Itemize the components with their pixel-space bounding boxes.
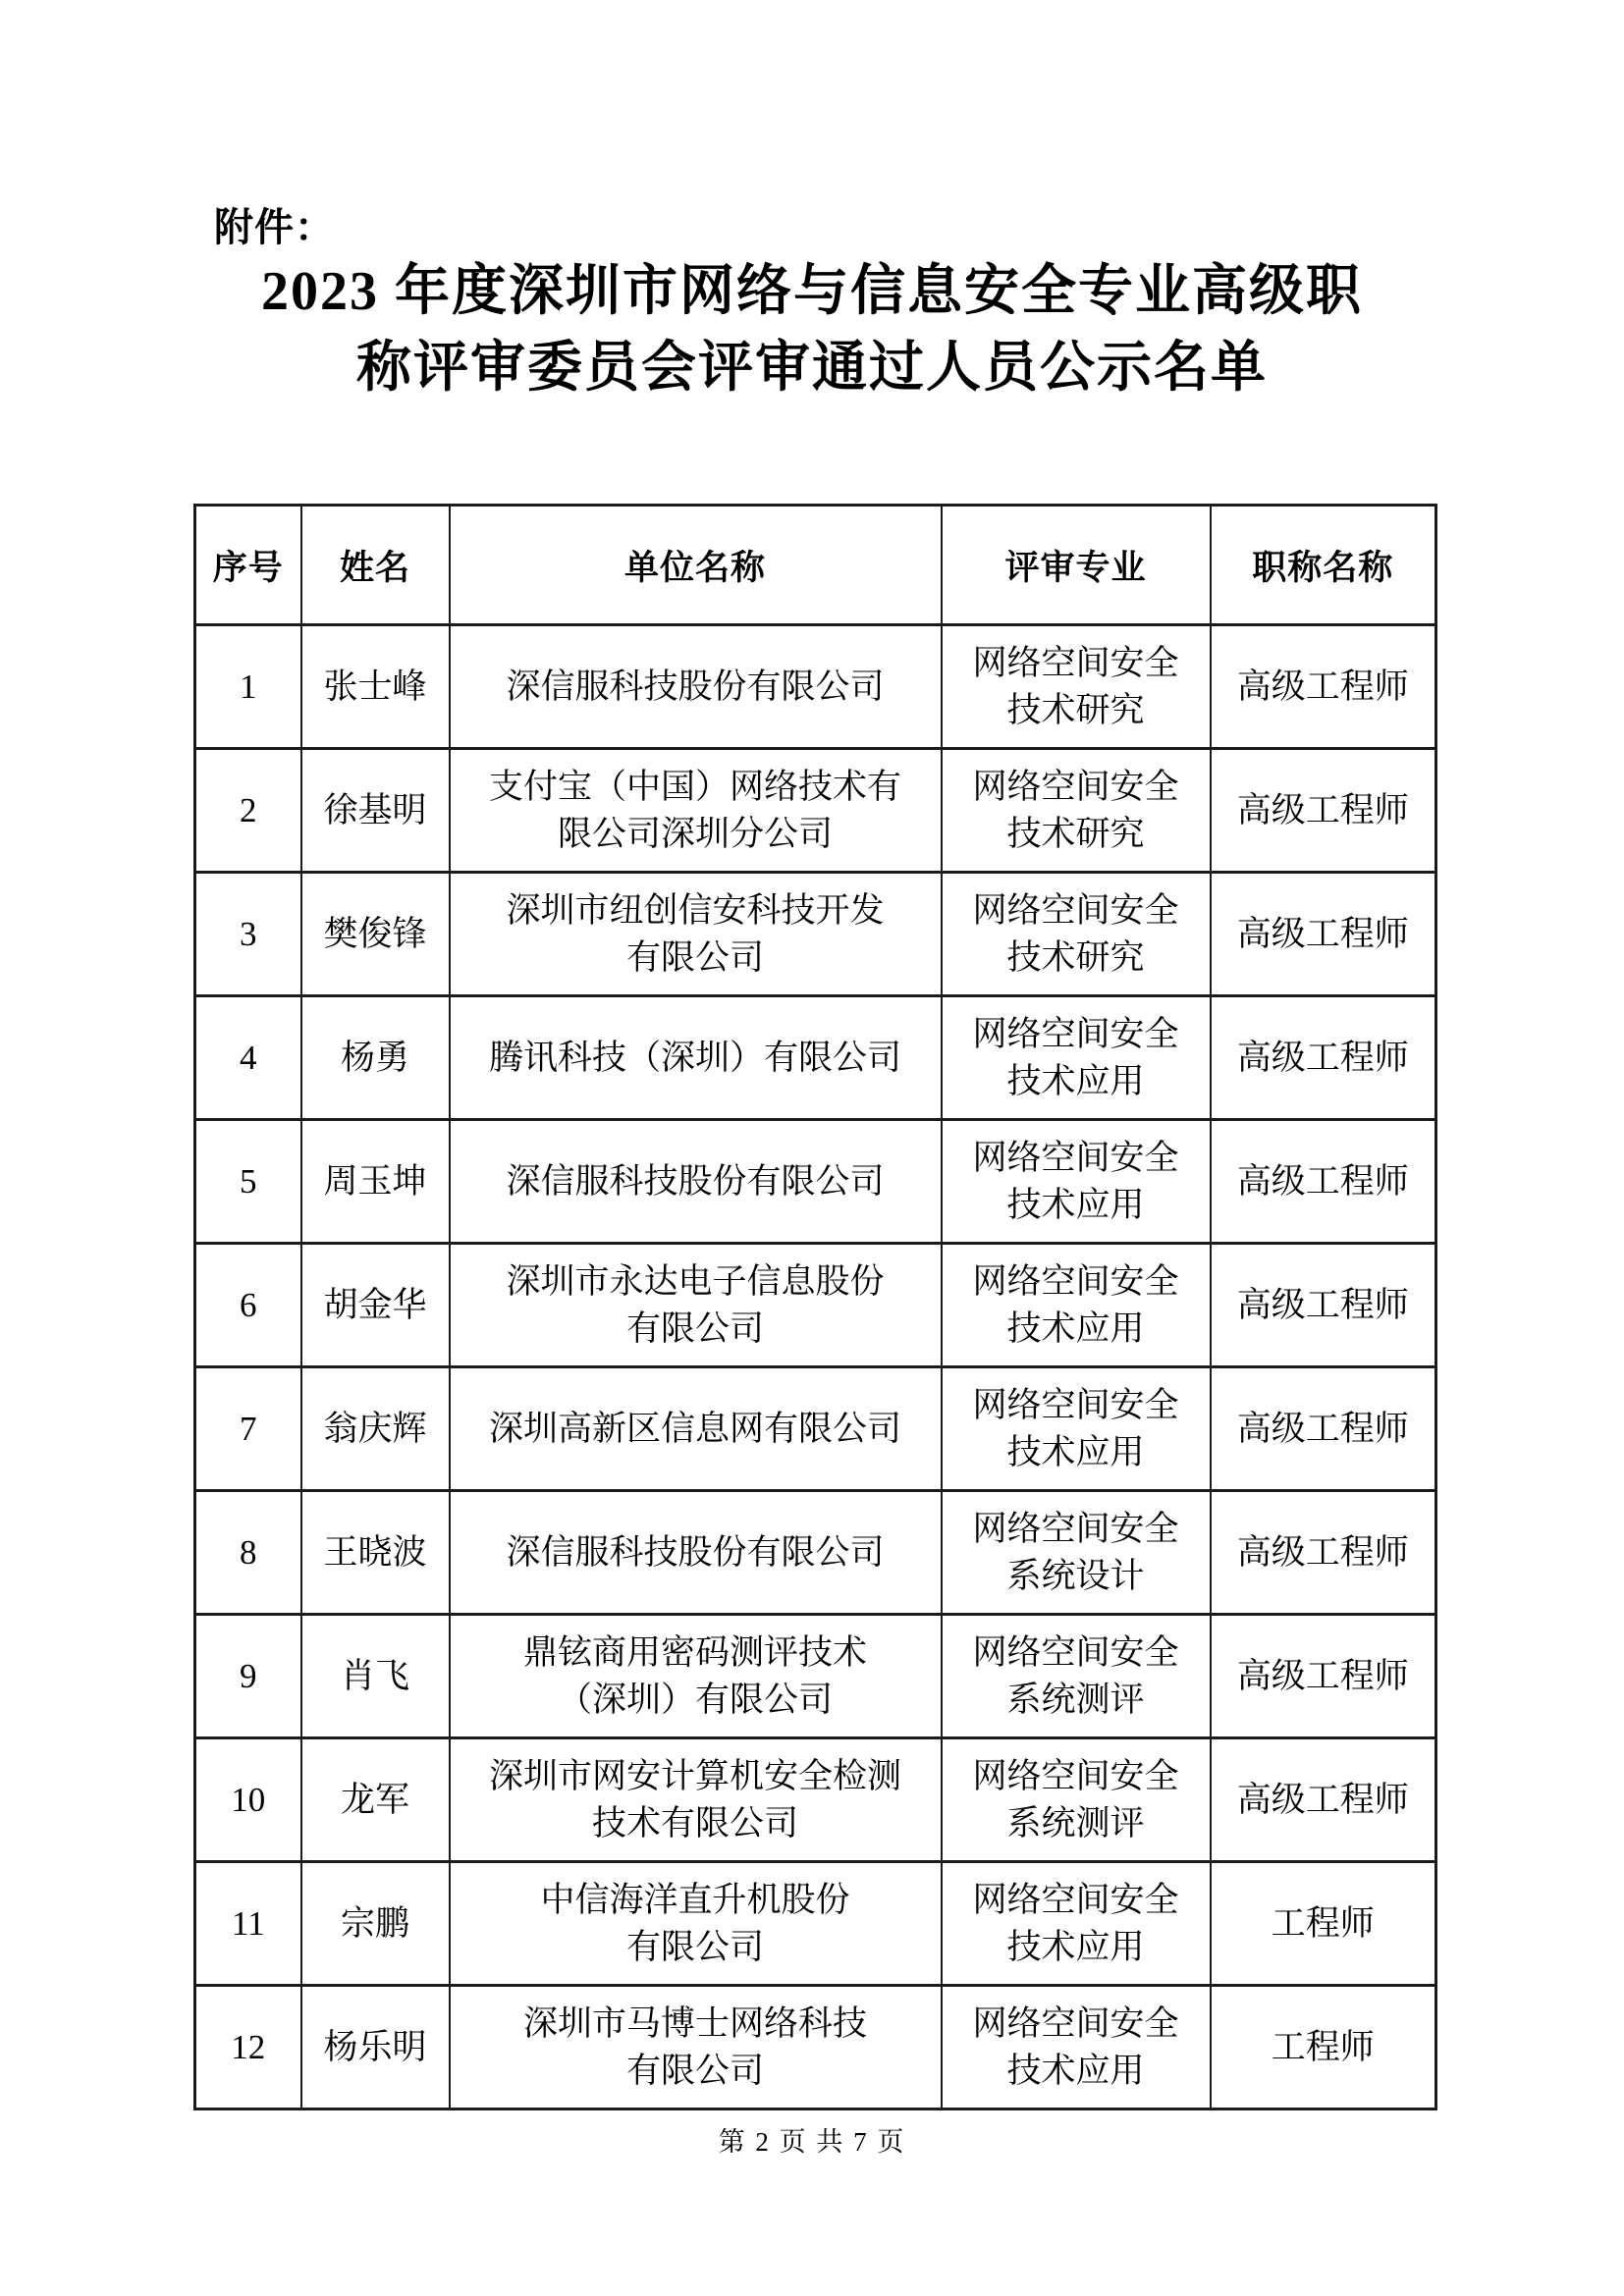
- cell-specialty: 网络空间安全技术应用: [942, 1862, 1211, 1986]
- cell-index-line: 4: [196, 1035, 300, 1082]
- cell-index-line: 1: [196, 664, 300, 711]
- table-row: 1张士峰深信服科技股份有限公司网络空间安全技术研究高级工程师: [195, 625, 1436, 749]
- cell-specialty-line: 网络空间安全: [943, 640, 1210, 687]
- cell-name-line: 王晓波: [302, 1529, 449, 1576]
- cell-org-line: 深圳市网安计算机安全检测: [451, 1753, 941, 1800]
- cell-name: 杨乐明: [301, 1986, 450, 2109]
- cell-title-line: 高级工程师: [1212, 1282, 1435, 1329]
- cell-index: 5: [195, 1120, 301, 1244]
- cell-org-line: 鼎铉商用密码测评技术: [451, 1629, 941, 1677]
- cell-title-line: 高级工程师: [1212, 787, 1435, 834]
- table-row: 11宗鹏中信海洋直升机股份有限公司网络空间安全技术应用工程师: [195, 1862, 1436, 1986]
- cell-specialty-line: 技术应用: [943, 1058, 1210, 1105]
- cell-title-line: 高级工程师: [1212, 1529, 1435, 1576]
- cell-index: 3: [195, 873, 301, 996]
- table-row: 8王晓波深信服科技股份有限公司网络空间安全系统设计高级工程师: [195, 1491, 1436, 1615]
- cell-name: 胡金华: [301, 1244, 450, 1367]
- cell-specialty-line: 系统测评: [943, 1800, 1210, 1847]
- cell-org: 深信服科技股份有限公司: [450, 625, 942, 749]
- cell-specialty-line: 技术应用: [943, 1429, 1210, 1476]
- cell-org-line: 深圳市马博士网络科技: [451, 2001, 941, 2048]
- cell-index-line: 6: [196, 1282, 300, 1329]
- page-number: 第 2 页 共 7 页: [0, 2120, 1624, 2159]
- cell-specialty: 网络空间安全技术研究: [942, 873, 1211, 996]
- cell-org: 中信海洋直升机股份有限公司: [450, 1862, 942, 1986]
- cell-name-line: 翁庆辉: [302, 1406, 449, 1453]
- table-row: 6胡金华深圳市永达电子信息股份有限公司网络空间安全技术应用高级工程师: [195, 1244, 1436, 1367]
- cell-name-line: 龙军: [302, 1777, 449, 1824]
- cell-index: 4: [195, 996, 301, 1120]
- cell-index-line: 12: [196, 2024, 300, 2071]
- cell-index: 2: [195, 749, 301, 873]
- cell-title-line: 高级工程师: [1212, 1035, 1435, 1082]
- cell-org-line: 有限公司: [451, 2048, 941, 2095]
- document-page: 附件： 2023 年度深圳市网络与信息安全专业高级职 称评审委员会评审通过人员公…: [0, 0, 1624, 2296]
- cell-org-line: 技术有限公司: [451, 1800, 941, 1847]
- cell-org-line: 有限公司: [451, 934, 941, 982]
- cell-name-line: 周玉坤: [302, 1158, 449, 1205]
- roster-table: 序号 姓名 单位名称 评审专业 职称名称 1张士峰深信服科技股份有限公司网络空间…: [193, 504, 1437, 2110]
- cell-name: 肖飞: [301, 1615, 450, 1738]
- cell-index-line: 5: [196, 1158, 300, 1205]
- cell-title: 工程师: [1211, 1986, 1436, 2109]
- cell-specialty: 网络空间安全技术应用: [942, 1986, 1211, 2109]
- cell-name: 樊俊锋: [301, 873, 450, 996]
- cell-specialty: 网络空间安全技术应用: [942, 1244, 1211, 1367]
- cell-index: 11: [195, 1862, 301, 1986]
- cell-specialty-line: 技术应用: [943, 1182, 1210, 1229]
- cell-index: 1: [195, 625, 301, 749]
- column-header-org: 单位名称: [450, 506, 942, 625]
- cell-org: 支付宝（中国）网络技术有限公司深圳分公司: [450, 749, 942, 873]
- cell-index: 12: [195, 1986, 301, 2109]
- cell-specialty: 网络空间安全技术研究: [942, 625, 1211, 749]
- cell-org: 深信服科技股份有限公司: [450, 1491, 942, 1615]
- cell-specialty-line: 系统测评: [943, 1677, 1210, 1724]
- cell-org: 深圳市马博士网络科技有限公司: [450, 1986, 942, 2109]
- cell-name: 周玉坤: [301, 1120, 450, 1244]
- cell-title-line: 高级工程师: [1212, 1158, 1435, 1205]
- cell-title: 高级工程师: [1211, 873, 1436, 996]
- cell-name-line: 宗鹏: [302, 1900, 449, 1948]
- cell-specialty: 网络空间安全技术研究: [942, 749, 1211, 873]
- cell-title: 高级工程师: [1211, 1738, 1436, 1862]
- cell-specialty-line: 技术应用: [943, 1924, 1210, 1971]
- cell-index: 7: [195, 1367, 301, 1491]
- cell-title: 高级工程师: [1211, 1367, 1436, 1491]
- table-row: 2徐基明支付宝（中国）网络技术有限公司深圳分公司网络空间安全技术研究高级工程师: [195, 749, 1436, 873]
- cell-specialty-line: 技术应用: [943, 2048, 1210, 2095]
- cell-title: 高级工程师: [1211, 1491, 1436, 1615]
- header-row: 序号 姓名 单位名称 评审专业 职称名称: [195, 506, 1436, 625]
- cell-specialty: 网络空间安全技术应用: [942, 1120, 1211, 1244]
- column-header-index: 序号: [195, 506, 301, 625]
- cell-org-line: 有限公司: [451, 1306, 941, 1353]
- cell-org-line: 限公司深圳分公司: [451, 811, 941, 858]
- cell-title-line: 高级工程师: [1212, 1406, 1435, 1453]
- page-title: 2023 年度深圳市网络与信息安全专业高级职 称评审委员会评审通过人员公示名单: [0, 253, 1624, 406]
- cell-title: 工程师: [1211, 1862, 1436, 1986]
- cell-specialty-line: 网络空间安全: [943, 1506, 1210, 1553]
- cell-title: 高级工程师: [1211, 996, 1436, 1120]
- cell-org: 深信服科技股份有限公司: [450, 1120, 942, 1244]
- cell-title: 高级工程师: [1211, 1120, 1436, 1244]
- cell-name: 徐基明: [301, 749, 450, 873]
- cell-index-line: 8: [196, 1529, 300, 1576]
- cell-specialty-line: 网络空间安全: [943, 1382, 1210, 1429]
- cell-org-line: 深信服科技股份有限公司: [451, 1158, 941, 1205]
- cell-org-line: 支付宝（中国）网络技术有: [451, 764, 941, 811]
- table-row: 3樊俊锋深圳市纽创信安科技开发有限公司网络空间安全技术研究高级工程师: [195, 873, 1436, 996]
- cell-name: 翁庆辉: [301, 1367, 450, 1491]
- cell-specialty-line: 系统设计: [943, 1553, 1210, 1600]
- table-row: 4杨勇腾讯科技（深圳）有限公司网络空间安全技术应用高级工程师: [195, 996, 1436, 1120]
- roster-table-header: 序号 姓名 单位名称 评审专业 职称名称: [195, 506, 1436, 625]
- cell-specialty: 网络空间安全技术应用: [942, 996, 1211, 1120]
- cell-name-line: 徐基明: [302, 787, 449, 834]
- cell-title: 高级工程师: [1211, 625, 1436, 749]
- cell-org-line: 深信服科技股份有限公司: [451, 664, 941, 711]
- cell-specialty-line: 网络空间安全: [943, 1011, 1210, 1058]
- cell-org: 深圳市永达电子信息股份有限公司: [450, 1244, 942, 1367]
- cell-specialty: 网络空间安全系统测评: [942, 1615, 1211, 1738]
- cell-specialty-line: 网络空间安全: [943, 1135, 1210, 1182]
- cell-specialty: 网络空间安全技术应用: [942, 1367, 1211, 1491]
- cell-specialty-line: 技术研究: [943, 934, 1210, 982]
- cell-index-line: 3: [196, 911, 300, 958]
- cell-name-line: 樊俊锋: [302, 911, 449, 958]
- cell-org-line: （深圳）有限公司: [451, 1677, 941, 1724]
- page-title-line-1: 2023 年度深圳市网络与信息安全专业高级职: [261, 261, 1363, 322]
- cell-org: 深圳市纽创信安科技开发有限公司: [450, 873, 942, 996]
- cell-title-line: 高级工程师: [1212, 1653, 1435, 1700]
- cell-name-line: 杨勇: [302, 1035, 449, 1082]
- table-row: 7翁庆辉深圳高新区信息网有限公司网络空间安全技术应用高级工程师: [195, 1367, 1436, 1491]
- cell-name: 宗鹏: [301, 1862, 450, 1986]
- cell-index: 10: [195, 1738, 301, 1862]
- cell-title-line: 工程师: [1212, 2024, 1435, 2071]
- cell-index-line: 2: [196, 787, 300, 834]
- column-header-title: 职称名称: [1211, 506, 1436, 625]
- cell-title: 高级工程师: [1211, 749, 1436, 873]
- cell-org-line: 中信海洋直升机股份: [451, 1877, 941, 1924]
- cell-org: 鼎铉商用密码测评技术（深圳）有限公司: [450, 1615, 942, 1738]
- cell-org-line: 腾讯科技（深圳）有限公司: [451, 1035, 941, 1082]
- cell-name-line: 张士峰: [302, 664, 449, 711]
- cell-name-line: 胡金华: [302, 1282, 449, 1329]
- cell-name: 张士峰: [301, 625, 450, 749]
- cell-name: 杨勇: [301, 996, 450, 1120]
- roster-table-body: 1张士峰深信服科技股份有限公司网络空间安全技术研究高级工程师2徐基明支付宝（中国…: [195, 625, 1436, 2109]
- cell-specialty-line: 网络空间安全: [943, 1753, 1210, 1800]
- cell-index-line: 11: [196, 1900, 300, 1948]
- cell-index-line: 10: [196, 1777, 300, 1824]
- cell-name-line: 杨乐明: [302, 2024, 449, 2071]
- cell-title-line: 高级工程师: [1212, 911, 1435, 958]
- cell-specialty-line: 网络空间安全: [943, 764, 1210, 811]
- cell-title-line: 高级工程师: [1212, 1777, 1435, 1824]
- cell-org: 深圳市网安计算机安全检测技术有限公司: [450, 1738, 942, 1862]
- cell-org-line: 深圳市永达电子信息股份: [451, 1258, 941, 1306]
- attachment-label: 附件：: [214, 196, 335, 252]
- cell-index: 8: [195, 1491, 301, 1615]
- cell-specialty-line: 技术应用: [943, 1306, 1210, 1353]
- cell-org-line: 深圳市纽创信安科技开发: [451, 887, 941, 934]
- cell-index-line: 7: [196, 1406, 300, 1453]
- page-title-line-2: 称评审委员会评审通过人员公示名单: [356, 338, 1268, 399]
- table-row: 10龙军深圳市网安计算机安全检测技术有限公司网络空间安全系统测评高级工程师: [195, 1738, 1436, 1862]
- cell-specialty-line: 技术研究: [943, 811, 1210, 858]
- column-header-name: 姓名: [301, 506, 450, 625]
- cell-name-line: 肖飞: [302, 1653, 449, 1700]
- cell-org-line: 有限公司: [451, 1924, 941, 1971]
- table-row: 12杨乐明深圳市马博士网络科技有限公司网络空间安全技术应用工程师: [195, 1986, 1436, 2109]
- cell-name: 龙军: [301, 1738, 450, 1862]
- cell-org-line: 深圳高新区信息网有限公司: [451, 1406, 941, 1453]
- cell-org: 腾讯科技（深圳）有限公司: [450, 996, 942, 1120]
- cell-title: 高级工程师: [1211, 1615, 1436, 1738]
- cell-specialty-line: 网络空间安全: [943, 887, 1210, 934]
- cell-index: 9: [195, 1615, 301, 1738]
- cell-org: 深圳高新区信息网有限公司: [450, 1367, 942, 1491]
- cell-index: 6: [195, 1244, 301, 1367]
- cell-name: 王晓波: [301, 1491, 450, 1615]
- cell-specialty-line: 网络空间安全: [943, 1629, 1210, 1677]
- table-row: 5周玉坤深信服科技股份有限公司网络空间安全技术应用高级工程师: [195, 1120, 1436, 1244]
- cell-index-line: 9: [196, 1653, 300, 1700]
- cell-specialty-line: 网络空间安全: [943, 2001, 1210, 2048]
- cell-title-line: 高级工程师: [1212, 664, 1435, 711]
- cell-title: 高级工程师: [1211, 1244, 1436, 1367]
- cell-org-line: 深信服科技股份有限公司: [451, 1529, 941, 1576]
- cell-specialty-line: 技术研究: [943, 687, 1210, 734]
- cell-specialty: 网络空间安全系统测评: [942, 1738, 1211, 1862]
- table-row: 9肖飞鼎铉商用密码测评技术（深圳）有限公司网络空间安全系统测评高级工程师: [195, 1615, 1436, 1738]
- column-header-specialty: 评审专业: [942, 506, 1211, 625]
- cell-specialty-line: 网络空间安全: [943, 1258, 1210, 1306]
- cell-specialty-line: 网络空间安全: [943, 1877, 1210, 1924]
- cell-title-line: 工程师: [1212, 1900, 1435, 1948]
- cell-specialty: 网络空间安全系统设计: [942, 1491, 1211, 1615]
